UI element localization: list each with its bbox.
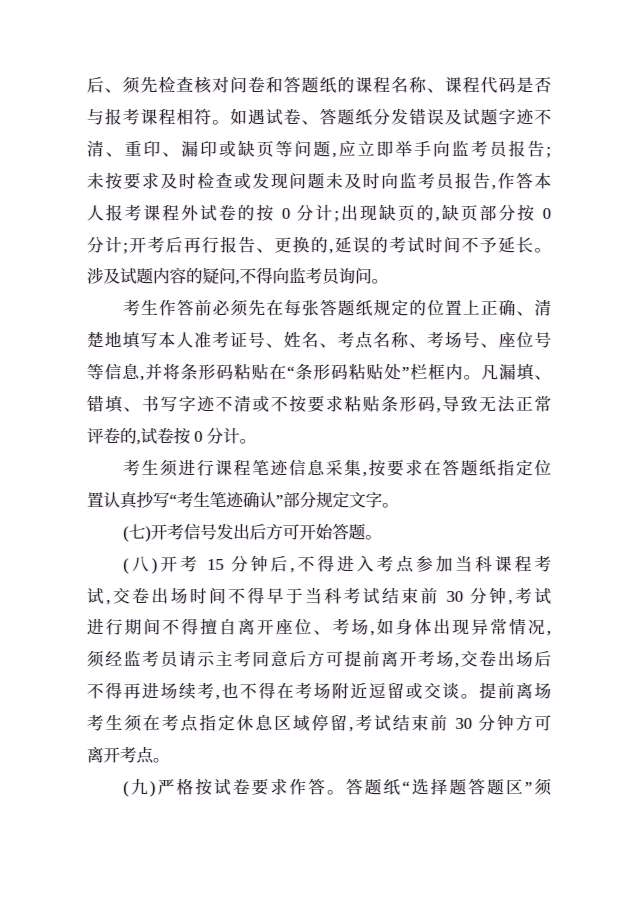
text-line: 进行期间不得擅自离开座位、考场,如身体出现异常情况, xyxy=(87,612,551,644)
text-line: 考生须进行课程笔迹信息采集,按要求在答题纸指定位 xyxy=(87,453,551,485)
text-line: (七)开考信号发出后方可开始答题。 xyxy=(87,517,551,549)
text-line: 错填、书写字迹不清或不按要求粘贴条形码,导致无法正常 xyxy=(87,389,551,421)
text-line: 未按要求及时检查或发现问题未及时向监考员报告,作答本 xyxy=(87,166,551,198)
text-line: 涉及试题内容的疑问,不得向监考员询问。 xyxy=(87,261,551,293)
text-line: 考生须在考点指定休息区域停留,考试结束前 30 分钟方可 xyxy=(87,708,551,740)
text-line: (八)开考 15 分钟后,不得进入考点参加当科课程考 xyxy=(87,549,551,581)
text-block: 后、须先检查核对问卷和答题纸的课程名称、课程代码是否 与报考课程相符。如遇试卷、… xyxy=(87,70,551,804)
text-line: 须经监考员请示主考同意后方可提前离开考场,交卷出场后 xyxy=(87,644,551,676)
text-line: 楚地填写本人准考证号、姓名、考点名称、考场号、座位号 xyxy=(87,325,551,357)
document-page: 后、须先检查核对问卷和答题纸的课程名称、课程代码是否 与报考课程相符。如遇试卷、… xyxy=(0,0,634,898)
text-line: 分计;开考后再行报告、更换的,延误的考试时间不予延长。 xyxy=(87,230,551,262)
text-line: 评卷的,试卷按 0 分计。 xyxy=(87,421,551,453)
text-line: 不得再进场续考,也不得在考场附近逗留或交谈。提前离场 xyxy=(87,676,551,708)
text-line: (九)严格按试卷要求作答。答题纸“选择题答题区”须 xyxy=(87,772,551,804)
text-line: 等信息,并将条形码粘贴在“条形码粘贴处”栏框内。凡漏填、 xyxy=(87,357,551,389)
text-line: 后、须先检查核对问卷和答题纸的课程名称、课程代码是否 xyxy=(87,70,551,102)
text-line: 清、重印、漏印或缺页等问题,应立即举手向监考员报告; xyxy=(87,134,551,166)
text-line: 置认真抄写“考生笔迹确认”部分规定文字。 xyxy=(87,485,551,517)
text-line: 试,交卷出场时间不得早于当科考试结束前 30 分钟,考试 xyxy=(87,581,551,613)
text-line: 离开考点。 xyxy=(87,740,551,772)
text-line: 与报考课程相符。如遇试卷、答题纸分发错误及试题字迹不 xyxy=(87,102,551,134)
text-line: 考生作答前必须先在每张答题纸规定的位置上正确、清 xyxy=(87,293,551,325)
text-line: 人报考课程外试卷的按 0 分计;出现缺页的,缺页部分按 0 xyxy=(87,198,551,230)
